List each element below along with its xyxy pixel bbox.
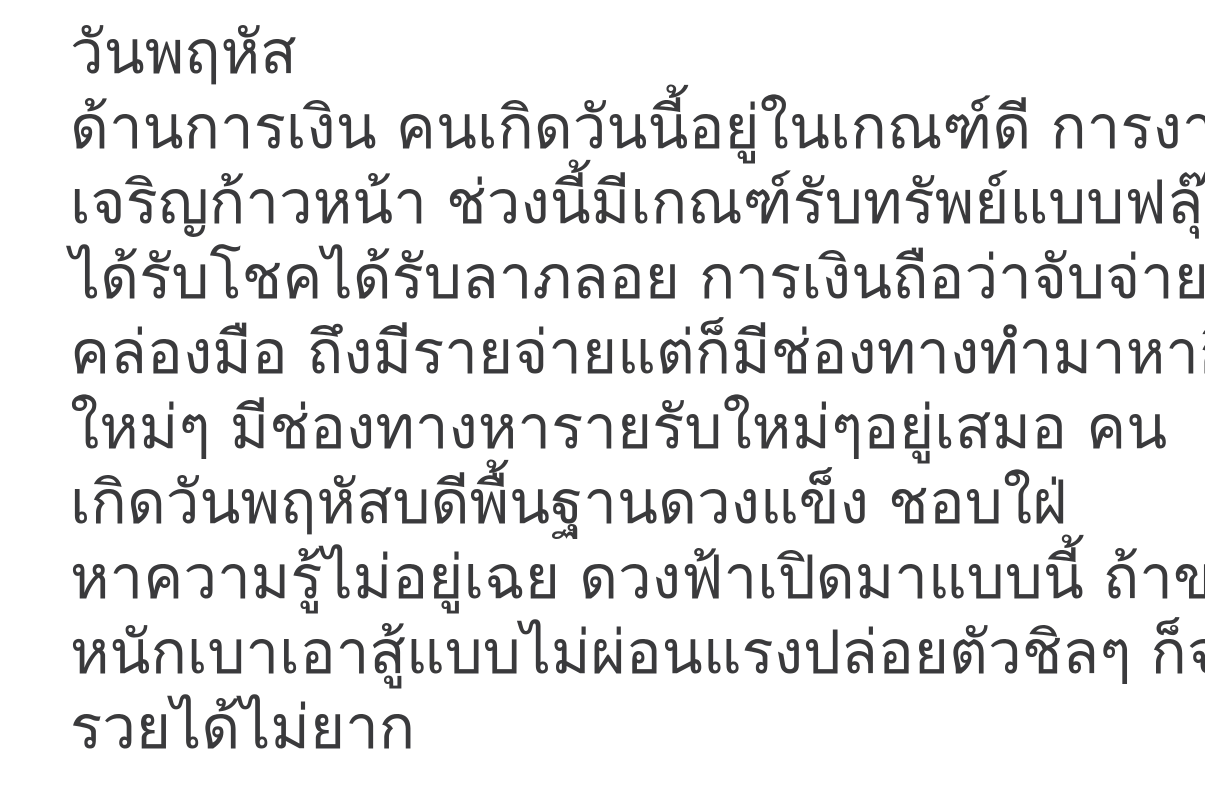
text-line: รวยได้ไม่ยาก	[70, 691, 1185, 766]
text-line: เจริญก้าวหน้า ช่วงนี้มีเกณฑ์รับทรัพย์แบบ…	[70, 166, 1185, 241]
text-line: หนักเบาเอาสู้แบบไม่ผ่อนแรงปล่อยตัวชิลๆ ก…	[70, 616, 1185, 691]
horoscope-text-block: วันพฤหัส ด้านการเงิน คนเกิดวันนี้อยู่ในเ…	[0, 0, 1205, 766]
text-line: ใหม่ๆ มีช่องทางหารายรับใหม่ๆอยู่เสมอ คน	[70, 391, 1185, 466]
text-line: ด้านการเงิน คนเกิดวันนี้อยู่ในเกณฑ์ดี กา…	[70, 91, 1185, 166]
text-line: ได้รับโชคได้รับลาภลอย การเงินถือว่าจับจ่…	[70, 241, 1185, 316]
text-line: คล่องมือ ถึงมีรายจ่ายแต่ก็มีช่องทางทำมาห…	[70, 316, 1185, 391]
text-line: เกิดวันพฤหัสบดีพื้นฐานดวงแข็ง ชอบใฝ่	[70, 466, 1185, 541]
day-title: วันพฤหัส	[70, 16, 1185, 91]
text-line: หาความรู้ไม่อยู่เฉย ดวงฟ้าเปิดมาแบบนี้ ถ…	[70, 541, 1185, 616]
